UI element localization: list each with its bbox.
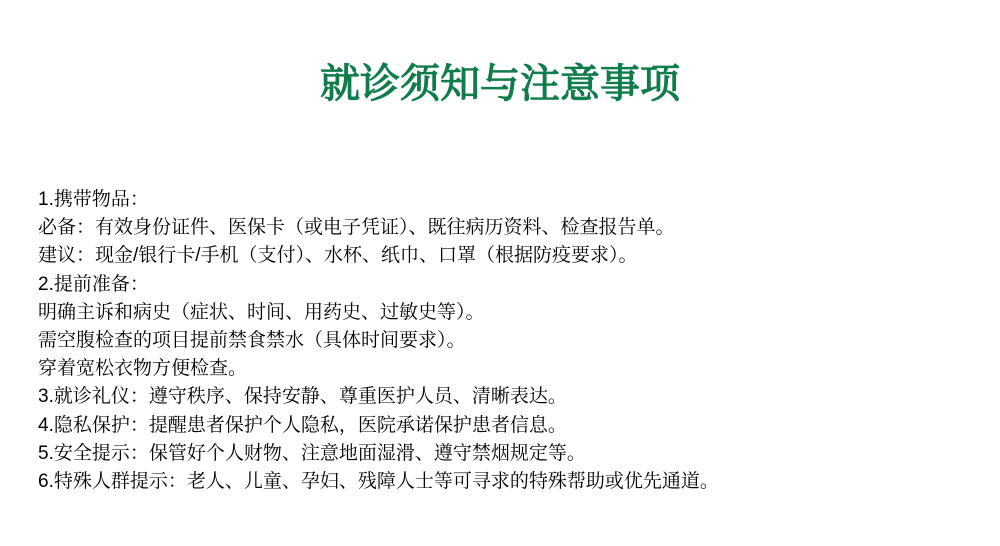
- body-line-special-groups: 6.特殊人群提示：老人、儿童、孕妇、残障人士等可寻求的特殊帮助或优先通道。: [38, 468, 990, 496]
- body-line-carry-items-heading: 1.携带物品：: [38, 186, 990, 214]
- slide-body: 1.携带物品： 必备：有效身份证件、医保卡（或电子凭证）、既往病历资料、检查报告…: [38, 186, 990, 496]
- body-line-clothing: 穿着宽松衣物方便检查。: [38, 355, 990, 383]
- body-line-safety: 5.安全提示：保管好个人财物、注意地面湿滑、遵守禁烟规定等。: [38, 440, 990, 468]
- body-line-preparation-heading: 2.提前准备：: [38, 271, 990, 299]
- slide: 就诊须知与注意事项 1.携带物品： 必备：有效身份证件、医保卡（或电子凭证）、既…: [0, 0, 1000, 546]
- body-line-etiquette: 3.就诊礼仪：遵守秩序、保持安静、尊重医护人员、清晰表达。: [38, 383, 990, 411]
- body-line-medical-history: 明确主诉和病史（症状、时间、用药史、过敏史等）。: [38, 299, 990, 327]
- body-line-suggested-items: 建议：现金/银行卡/手机（支付）、水杯、纸巾、口罩（根据防疫要求）。: [38, 242, 990, 270]
- body-line-fasting: 需空腹检查的项目提前禁食禁水（具体时间要求）。: [38, 327, 990, 355]
- body-line-required-items: 必备：有效身份证件、医保卡（或电子凭证）、既往病历资料、检查报告单。: [38, 214, 990, 242]
- slide-title: 就诊须知与注意事项: [0, 52, 1000, 109]
- body-line-privacy: 4.隐私保护：提醒患者保护个人隐私，医院承诺保护患者信息。: [38, 412, 990, 440]
